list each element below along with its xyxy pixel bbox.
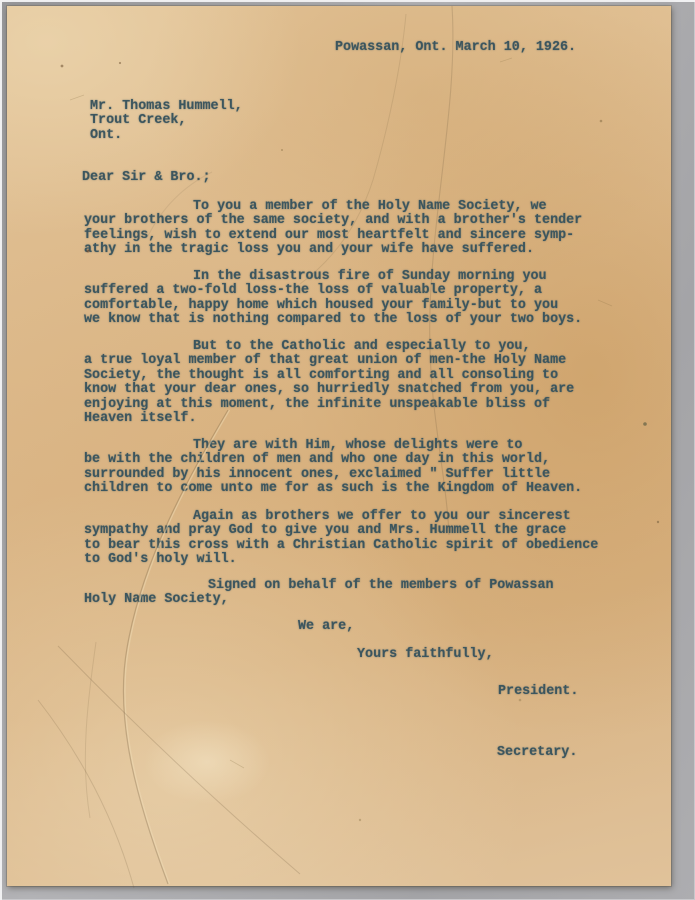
signoff-statement: Signed on behalf of the members of Powas… — [84, 579, 554, 608]
closing-we-are: We are, — [298, 620, 354, 634]
signature-line-secretary: Secretary. — [497, 746, 577, 760]
paragraph-consolation: But to the Catholic and especially to yo… — [84, 340, 624, 426]
recipient-address: Mr. Thomas Hummell, Trout Creek, Ont. — [90, 100, 243, 143]
paragraph-scripture: They are with Him, whose delights were t… — [84, 439, 624, 497]
scanned-letter-page: Powassan, Ont. March 10, 1926. Mr. Thoma… — [0, 0, 695, 900]
signature-line-president: President. — [498, 685, 578, 699]
letter-text-layer: Powassan, Ont. March 10, 1926. Mr. Thoma… — [0, 0, 695, 900]
letter-dateline: Powassan, Ont. March 10, 1926. — [335, 41, 576, 55]
closing-yours-faithfully: Yours faithfully, — [357, 648, 494, 662]
paragraph-sympathy: To you a member of the Holy Name Society… — [84, 200, 624, 258]
salutation: Dear Sir & Bro.; — [82, 171, 211, 185]
paragraph-fire-loss: In the disastrous fire of Sunday morning… — [84, 270, 624, 328]
paragraph-prayer: Again as brothers we offer to you our si… — [84, 510, 624, 568]
